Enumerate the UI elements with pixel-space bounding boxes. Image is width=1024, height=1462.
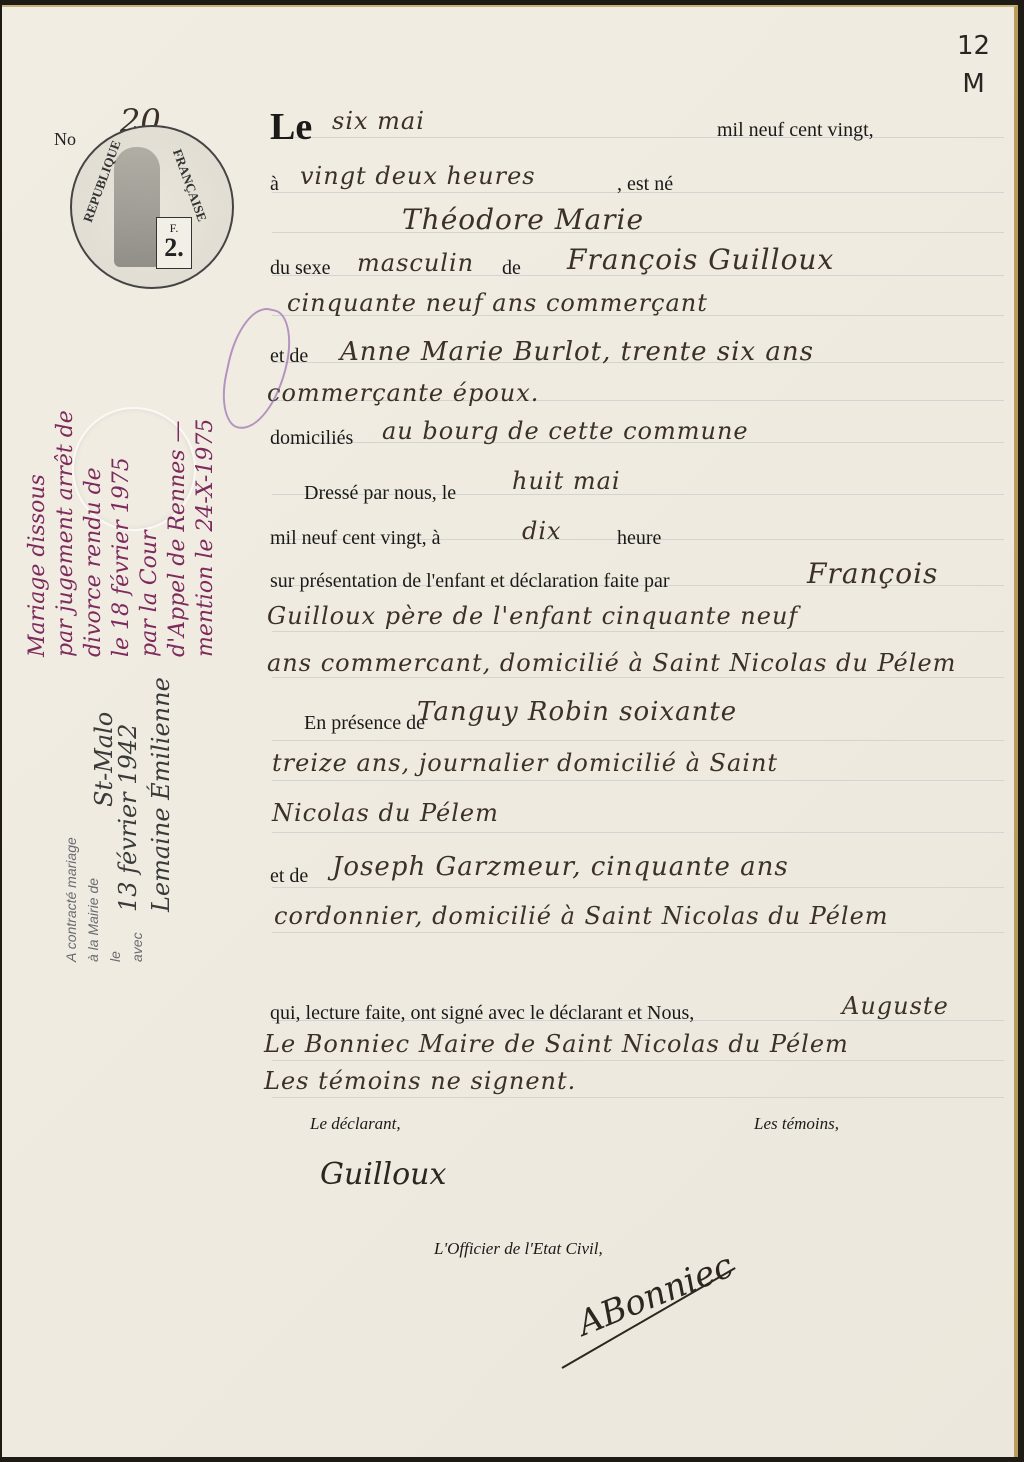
fiscal-stamp: REPUBLIQUE FRANÇAISE F. 2. [70, 125, 234, 289]
father-details: cinquante neuf ans commerçant [287, 289, 708, 317]
ruled-line [272, 832, 1004, 833]
domicile-prefix: domiciliés [270, 427, 353, 450]
declarant-signature: Guilloux [320, 1157, 446, 1192]
witness2-name: Joseph Garzmeur, cinquante ans [332, 852, 789, 882]
marriage-date: 13 février 1942 [114, 724, 142, 912]
line-date-prefix: Le [270, 105, 312, 149]
presentation-text: sur présentation de l'enfant et déclarat… [270, 570, 670, 593]
register-page: No 20 REPUBLIQUE FRANÇAISE F. 2. 12 M Le… [2, 5, 1018, 1457]
closing-line-2: Le Bonniec Maire de Saint Nicolas du Pél… [264, 1030, 849, 1058]
birth-time: vingt deux heures [300, 162, 536, 190]
spouse-name: Lemaine Émilienne [147, 677, 175, 912]
sex-prefix: du sexe [270, 257, 331, 280]
drawn-up-date: huit mai [512, 467, 621, 495]
ruled-line [272, 932, 1004, 933]
child-sex: masculin [357, 249, 474, 277]
mother-name: Anne Marie Burlot, trente six ans [340, 337, 814, 367]
witnesses-label: Les témoins, [754, 1114, 839, 1134]
folio-page: 12 [957, 27, 990, 65]
stamp-value: 2. [157, 236, 191, 260]
folio-number: 12 M [957, 27, 990, 103]
drawn-up-prefix: Dressé par nous, le [304, 482, 456, 505]
marianne-figure-icon [114, 147, 160, 267]
declarant-line-1: Guilloux père de l'enfant cinquante neuf [267, 602, 798, 630]
birth-year-text: mil neuf cent vingt, [717, 119, 874, 142]
declarant-label: Le déclarant, [310, 1114, 401, 1134]
officer-label: L'Officier de l'Etat Civil, [434, 1239, 603, 1259]
child-name: Théodore Marie [402, 203, 644, 236]
time-prefix: à [270, 173, 279, 196]
drawn-time-prefix: mil neuf cent vingt, à [270, 527, 441, 550]
ruled-line [272, 780, 1004, 781]
ruled-line [272, 1097, 1004, 1098]
est-ne-text: , est né [617, 173, 673, 196]
purple-check-mark [215, 302, 298, 436]
stamp-text-right: FRANÇAISE [169, 147, 210, 224]
ruled-line [272, 887, 1004, 888]
stamp-value-box: F. 2. [156, 217, 192, 269]
witness1-name: Tanguy Robin soixante [417, 697, 737, 727]
closing-line-3: Les témoins ne signent. [264, 1067, 576, 1095]
ruled-line [272, 631, 1004, 632]
divorce-annotation: Mariage dissous par jugement arrêt de di… [24, 410, 220, 657]
witness2-prefix: et de [270, 865, 308, 888]
domicile-address: au bourg de cette commune [382, 417, 749, 445]
ruled-line [272, 137, 1004, 138]
witness1-line-3: Nicolas du Pélem [272, 799, 499, 827]
declarant-line-2: ans commercant, domicilié à Saint Nicola… [267, 649, 956, 677]
de-text: de [502, 257, 521, 280]
declarant-first-name: François [807, 557, 938, 590]
officer-signature: ABonniec [572, 1246, 739, 1344]
officer-first-name: Auguste [842, 992, 949, 1020]
witness2-line-2: cordonnier, domicilié à Saint Nicolas du… [274, 902, 889, 930]
witness1-prefix: En présence de [304, 712, 425, 735]
drawn-hour: dix [522, 517, 562, 545]
ruled-line [272, 1060, 1004, 1061]
mother-details: commerçante époux. [267, 379, 539, 407]
father-name: François Guilloux [567, 243, 834, 276]
folio-initial: M [957, 65, 990, 103]
heure-text: heure [617, 527, 661, 550]
act-number-label: No [54, 129, 76, 150]
birth-date: six mai [332, 107, 425, 135]
closing-text: qui, lecture faite, ont signé avec le dé… [270, 1002, 694, 1025]
ruled-line [272, 677, 1004, 678]
ruled-line [272, 740, 1004, 741]
witness1-line-2: treize ans, journalier domicilié à Saint [272, 749, 778, 777]
